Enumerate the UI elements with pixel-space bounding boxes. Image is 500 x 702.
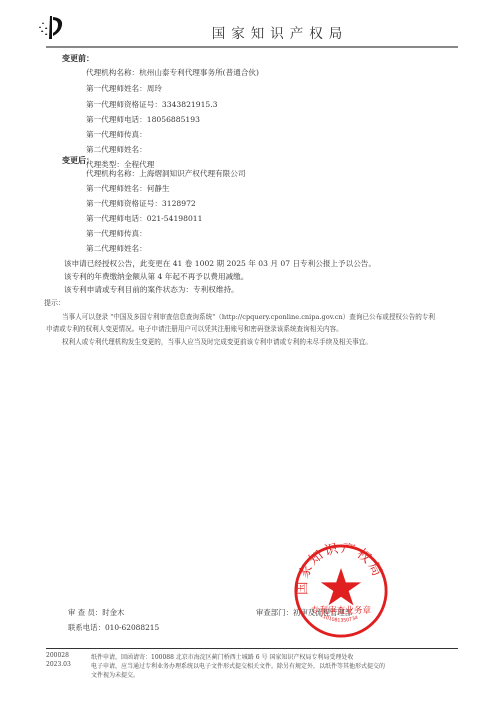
- tips-label: 提示：: [44, 298, 65, 308]
- svg-text:专利审查业务章: 专利审查业务章: [311, 604, 372, 616]
- tip-query-system-cont: 申请或专利的权利人变更情况。电子申请注册用户可以凭其注册账号和密码登录该系统查询…: [46, 323, 343, 333]
- notice-publication: 该申请已经授权公告，此变更在 41 卷 1002 期 2025 年 03 月 0…: [64, 258, 376, 269]
- after-agent2-name: 第二代理师姓名：: [86, 243, 147, 254]
- footer-divider: [46, 648, 458, 649]
- after-agency-name: 代理机构名称：上海熠洞知识产权代理有限公司: [86, 168, 245, 179]
- tip-query-system: 当事人可以登录 "中国及多国专利审查信息查询系统"（http://cpquery…: [62, 311, 435, 321]
- after-agent1-name: 第一代理师姓名：何静生: [86, 183, 170, 194]
- before-agent1-cert: 第一代理师资格证号：3343821915.3: [86, 99, 218, 110]
- form-code: 200028: [46, 652, 69, 659]
- after-change-label: 变更后：: [62, 155, 94, 166]
- before-agent1-phone: 第一代理师电话：18056885193: [86, 114, 200, 125]
- header-divider: [46, 46, 458, 48]
- notice-case-status: 该专利申请或专利目前的案件状态为：专利权维持。: [64, 284, 239, 295]
- after-agent1-fax: 第一代理师传真：: [86, 228, 147, 239]
- tip-pending-procedures: 权利人或专利代理机构发生变更的，当事人应当及时完成变更前该专利申请或专利的未尽手…: [62, 336, 372, 346]
- notice-annual-fee: 该专利的年费缴纳金额从第 4 年起不再予以费用减缴。: [64, 271, 248, 282]
- page-title: 国家知识产权局: [0, 22, 500, 42]
- footer-electronic-filing: 电子申请，应当通过专利业务办理系统以电子文件形式提交相关文件。除另有规定外，以纸…: [91, 661, 385, 670]
- before-agent2-name: 第二代理师姓名：: [86, 144, 147, 155]
- examiner-name: 审 查 员：时金木: [68, 607, 124, 618]
- before-agency-name: 代理机构名称：杭州山泰专利代理事务所(普通合伙): [86, 67, 259, 78]
- before-change-label: 变更前：: [62, 53, 94, 64]
- contact-phone: 联系电话：010-62088215: [68, 622, 159, 633]
- after-agent1-phone: 第一代理师电话：021-54198011: [86, 213, 202, 224]
- before-agent1-fax: 第一代理师传真：: [86, 129, 147, 140]
- before-agent1-name: 第一代理师姓名：周玲: [86, 83, 162, 94]
- footer-paper-address: 纸件申请，回函请寄：100088 北京市海淀区蓟门桥西土城路 6 号 国家知识产…: [91, 652, 353, 661]
- after-agent1-cert: 第一代理师资格证号：3128972: [86, 198, 196, 209]
- footer-electronic-filing-cont: 文件视为未提交。: [91, 670, 139, 679]
- official-seal-icon: 国家知识产权局 专利审查业务章 1101081350734: [293, 543, 389, 639]
- form-version: 2023.03: [46, 661, 71, 668]
